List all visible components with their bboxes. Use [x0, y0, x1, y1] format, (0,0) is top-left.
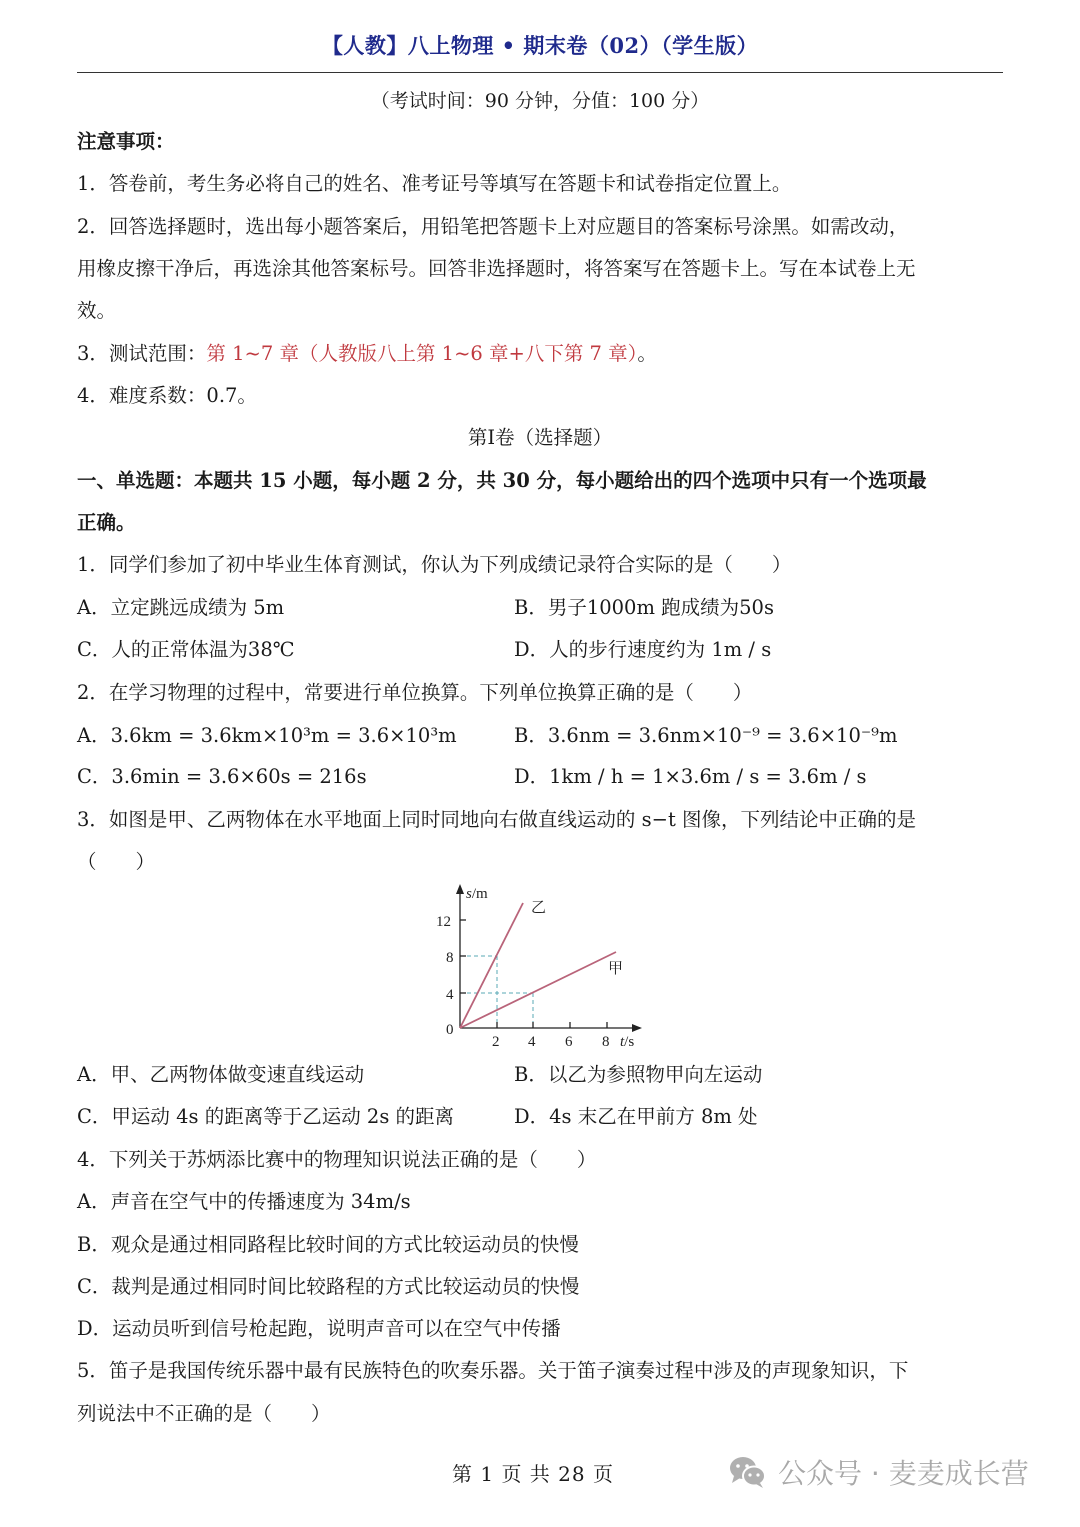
- test-range: 第 1~7 章（人教版八上第 1~6 章+八下第 7 章）: [206, 342, 637, 365]
- part-1-heading-line-2: 正确。: [77, 510, 136, 536]
- question-1-option-c: C．人的正常体温为38℃: [77, 637, 295, 663]
- question-4-option-b: B．观众是通过相同路程比较时间的方式比较运动员的快慢: [77, 1232, 579, 1258]
- question-2-option-a: A．3.6km = 3.6km×10³m = 3.6×10³m: [77, 723, 457, 749]
- note-item-3-label: 3．测试范围：: [77, 342, 206, 365]
- question-4-option-d: D．运动员听到信号枪起跑，说明声音可以在空气中传播: [77, 1316, 561, 1342]
- y-tick-0: 0: [446, 1022, 454, 1038]
- note-item-4: 4．难度系数：0.7。: [77, 383, 257, 409]
- series-jia-label: 甲: [608, 960, 623, 977]
- note-item-1: 1．答卷前，考生务必将自己的姓名、准考证号等填写在答题卡和试卷指定位置上。: [77, 171, 791, 197]
- question-1-option-b: B．男子1000m 跑成绩为50s: [514, 595, 774, 621]
- question-2-option-b: B．3.6nm = 3.6nm×10⁻⁹ = 3.6×10⁻⁹m: [514, 723, 897, 749]
- question-1-option-d: D．人的步行速度约为 1m / s: [514, 637, 771, 663]
- page-number: 第 1 页 共 28 页: [452, 1458, 614, 1487]
- watermark-text: 公众号 · 麦麦成长营: [778, 1452, 1029, 1492]
- question-4-stem: 4．下列关于苏炳添比赛中的物理知识说法正确的是（ ）: [77, 1147, 596, 1173]
- question-5-stem-line-2: 列说法中不正确的是（ ）: [77, 1401, 331, 1427]
- question-4-option-a: A．声音在空气中的传播速度为 34m/s: [77, 1189, 411, 1215]
- y-tick-8: 8: [446, 950, 454, 966]
- question-2-option-c: C．3.6min = 3.6×60s = 216s: [77, 764, 367, 790]
- question-1-stem: 1．同学们参加了初中毕业生体育测试，你认为下列成绩记录符合实际的是（ ）: [77, 552, 791, 578]
- x-axis-label: t/s: [620, 1034, 634, 1050]
- question-3-option-c: C．甲运动 4s 的距离等于乙运动 2s 的距离: [77, 1104, 454, 1130]
- exam-page: 【人教】八上物理 • 期末卷（02）（学生版） （考试时间：90 分钟，分值：1…: [0, 0, 1080, 1527]
- question-3-option-b: B．以乙为参照物甲向左运动: [514, 1062, 762, 1088]
- question-3-stem-line-1: 3．如图是甲、乙两物体在水平地面上同时同地向右做直线运动的 s−t 图像，下列结…: [77, 807, 916, 833]
- axes: [460, 890, 636, 1028]
- question-4-option-c: C．裁判是通过相同时间比较路程的方式比较运动员的快慢: [77, 1274, 579, 1300]
- watermark: 公众号 · 麦麦成长营: [728, 1452, 1029, 1492]
- series-jia-line: [460, 952, 616, 1028]
- y-tick-12: 12: [436, 914, 451, 930]
- question-5-stem-line-1: 5．笛子是我国传统乐器中最有民族特色的吹奏乐器。关于笛子演奏过程中涉及的声现象知…: [77, 1358, 908, 1384]
- notes-heading: 注意事项：: [77, 129, 175, 155]
- document-title: 【人教】八上物理 • 期末卷（02）（学生版）: [0, 30, 1080, 60]
- s-t-graph: s/m 12 8 4 0 2 4 6 8 t/s 乙 甲: [430, 880, 660, 1050]
- x-tick-2: 2: [492, 1034, 500, 1050]
- x-tick-8: 8: [602, 1034, 610, 1050]
- guide-lines: [460, 956, 533, 1028]
- question-3-option-a: A．甲、乙两物体做变速直线运动: [77, 1062, 364, 1088]
- note-item-2-line-1: 2．回答选择题时，选出每小题答案后，用铅笔把答题卡上对应题目的答案标号涂黑。如需…: [77, 214, 908, 240]
- series-yi-label: 乙: [531, 900, 546, 916]
- note-item-2-line-3: 效。: [77, 298, 116, 324]
- note-item-2-line-2: 用橡皮擦干净后，再选涂其他答案标号。回答非选择题时，将答案写在答题卡上。写在本试…: [77, 256, 916, 282]
- wechat-icon: [728, 1455, 768, 1489]
- question-3-option-d: D．4s 末乙在甲前方 8m 处: [514, 1104, 758, 1130]
- question-2-option-d: D．1km / h = 1×3.6m / s = 3.6m / s: [514, 764, 867, 790]
- series-yi-line: [460, 903, 523, 1028]
- note-item-3: 3．测试范围：第 1~7 章（人教版八上第 1~6 章+八下第 7 章）。: [77, 341, 657, 367]
- header-divider: [77, 72, 1003, 73]
- part-1-heading-line-1: 一、单选题：本题共 15 小题，每小题 2 分，共 30 分，每小题给出的四个选…: [77, 468, 927, 494]
- x-axis-arrow-icon: [632, 1024, 642, 1032]
- question-1-option-a: A．立定跳远成绩为 5m: [77, 595, 284, 621]
- note-item-3-suffix: 。: [637, 342, 657, 365]
- x-tick-4: 4: [528, 1034, 536, 1050]
- question-3-stem-line-2: （ ）: [77, 849, 155, 875]
- exam-info: （考试时间：90 分钟，分值：100 分）: [0, 86, 1080, 113]
- y-axis-arrow-icon: [456, 884, 464, 894]
- volume-title: 第Ⅰ卷（选择题）: [0, 425, 1080, 451]
- question-2-stem: 2．在学习物理的过程中，常要进行单位换算。下列单位换算正确的是（ ）: [77, 680, 752, 706]
- y-tick-4: 4: [446, 987, 454, 1003]
- x-tick-6: 6: [565, 1034, 573, 1050]
- y-axis-label: s/m: [466, 886, 488, 902]
